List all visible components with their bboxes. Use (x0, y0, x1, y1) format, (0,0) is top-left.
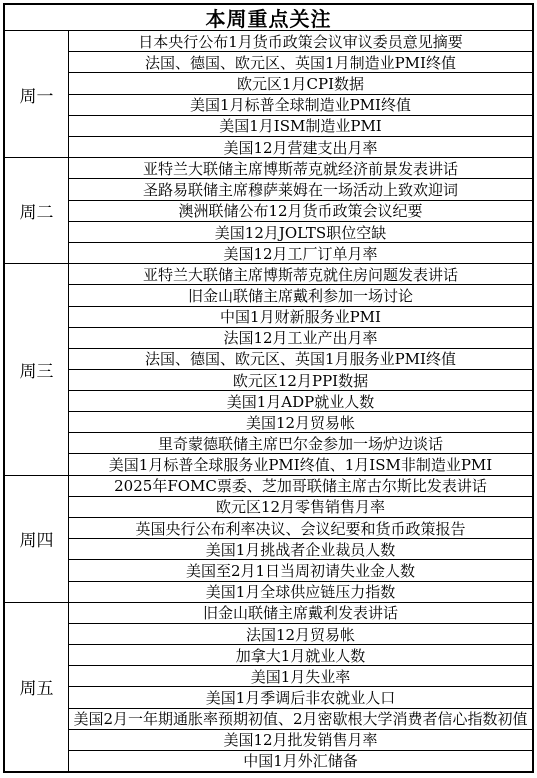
event-cell: 英国央行公布利率决议、会议纪要和货币政策报告 (69, 517, 532, 538)
event-cell: 美国2月一年期通胀率预期初值、2月密歇根大学消费者信心指数初值 (69, 708, 532, 729)
event-cell: 美国1月ISM制造业PMI (69, 115, 532, 136)
event-cell: 欧元区12月PPI数据 (69, 369, 532, 390)
event-cell: 美国1月ADP就业人数 (69, 390, 532, 411)
section-wednesday: 周三 亚特兰大联储主席博斯蒂克就住房问题发表讲话 旧金山联储主席戴利参加一场讨论… (5, 263, 532, 474)
event-cell: 旧金山联储主席戴利发表讲话 (69, 603, 532, 623)
event-cell: 亚特兰大联储主席博斯蒂克就经济前景发表讲话 (69, 158, 532, 178)
event-cell: 法国、德国、欧元区、英国1月服务业PMI终值 (69, 348, 532, 369)
event-cell: 美国12月工厂订单月率 (69, 242, 532, 263)
event-cell: 美国1月季调后非农就业人口 (69, 686, 532, 707)
event-cell: 澳洲联储公布12月货币政策会议纪要 (69, 200, 532, 221)
day-label-monday: 周一 (5, 31, 69, 157)
event-cell: 美国1月失业率 (69, 665, 532, 686)
event-cell: 法国12月贸易帐 (69, 623, 532, 644)
event-cell: 美国1月全球供应链压力指数 (69, 581, 532, 602)
section-thursday: 周四 2025年FOMC票委、芝加哥联储主席古尔斯比发表讲话 欧元区12月零售销… (5, 475, 532, 602)
section-friday: 周五 旧金山联储主席戴利发表讲话 法国12月贸易帐 加拿大1月就业人数 美国1月… (5, 602, 532, 771)
event-cell: 美国1月挑战者企业裁员人数 (69, 538, 532, 559)
day-label-wednesday: 周三 (5, 264, 69, 474)
day-label-friday: 周五 (5, 603, 69, 771)
event-cell: 美国12月批发销售月率 (69, 729, 532, 750)
events-thursday: 2025年FOMC票委、芝加哥联储主席古尔斯比发表讲话 欧元区12月零售销售月率… (69, 476, 532, 602)
event-cell: 美国12月贸易帐 (69, 411, 532, 432)
event-cell: 欧元区12月零售销售月率 (69, 496, 532, 517)
event-cell: 美国1月标普全球制造业PMI终值 (69, 94, 532, 115)
event-cell: 2025年FOMC票委、芝加哥联储主席古尔斯比发表讲话 (69, 476, 532, 496)
event-cell: 里奇蒙德联储主席巴尔金参加一场炉边谈话 (69, 432, 532, 453)
event-cell: 美国1月标普全球服务业PMI终值、1月ISM非制造业PMI (69, 453, 532, 474)
event-cell: 美国至2月1日当周初请失业金人数 (69, 559, 532, 580)
event-cell: 中国1月财新服务业PMI (69, 306, 532, 327)
event-cell: 日本央行公布1月货币政策会议审议委员意见摘要 (69, 31, 532, 51)
events-wednesday: 亚特兰大联储主席博斯蒂克就住房问题发表讲话 旧金山联储主席戴利参加一场讨论 中国… (69, 264, 532, 474)
weekly-focus-table: 本周重点关注 周一 日本央行公布1月货币政策会议审议委员意见摘要 法国、德国、欧… (3, 3, 534, 773)
section-tuesday: 周二 亚特兰大联储主席博斯蒂克就经济前景发表讲话 圣路易联储主席穆萨莱姆在一场活… (5, 157, 532, 263)
event-cell: 欧元区1月CPI数据 (69, 72, 532, 93)
event-cell: 法国、德国、欧元区、英国1月制造业PMI终值 (69, 51, 532, 72)
section-monday: 周一 日本央行公布1月货币政策会议审议委员意见摘要 法国、德国、欧元区、英国1月… (5, 30, 532, 157)
event-cell: 法国12月工业产出月率 (69, 327, 532, 348)
table-title: 本周重点关注 (5, 5, 532, 30)
event-cell: 加拿大1月就业人数 (69, 644, 532, 665)
event-cell: 美国12月JOLTS职位空缺 (69, 221, 532, 242)
day-label-tuesday: 周二 (5, 158, 69, 263)
day-label-thursday: 周四 (5, 476, 69, 602)
event-cell: 圣路易联储主席穆萨莱姆在一场活动上致欢迎词 (69, 178, 532, 199)
events-monday: 日本央行公布1月货币政策会议审议委员意见摘要 法国、德国、欧元区、英国1月制造业… (69, 31, 532, 157)
event-cell: 美国12月营建支出月率 (69, 136, 532, 157)
event-cell: 中国1月外汇储备 (69, 750, 532, 771)
event-cell: 旧金山联储主席戴利参加一场讨论 (69, 284, 532, 305)
events-friday: 旧金山联储主席戴利发表讲话 法国12月贸易帐 加拿大1月就业人数 美国1月失业率… (69, 603, 532, 771)
events-tuesday: 亚特兰大联储主席博斯蒂克就经济前景发表讲话 圣路易联储主席穆萨莱姆在一场活动上致… (69, 158, 532, 263)
event-cell: 亚特兰大联储主席博斯蒂克就住房问题发表讲话 (69, 264, 532, 284)
